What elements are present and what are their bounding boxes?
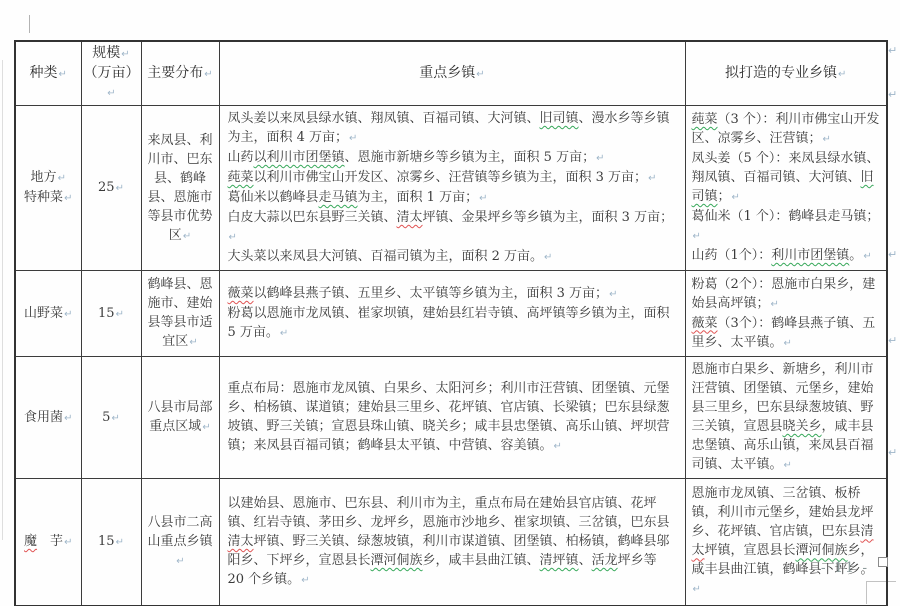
cell-type: 地方↵特种菜↵ [15,106,81,271]
margin-crop-mark-topleft [29,15,30,33]
cell-type: 山野菜↵ [15,271,81,357]
page-number: - 11 - [800,560,890,576]
vegetable-plan-table: 种类↵ 规模↵（万亩）↵ 主要分布↵ 重点乡镇↵ 拟打造的专业乡镇↵ 地方↵特种… [14,40,888,606]
cell-distribution: 来凤县、利川市、巴东县、鹤峰县、恩施市等县市优势区↵ [141,106,219,271]
header-row: 种类↵ 规模↵（万亩）↵ 主要分布↵ 重点乡镇↵ 拟打造的专业乡镇↵ [15,41,887,106]
cell-scale: 5↵ [81,357,141,479]
cell-planned-townships: 粉葛（2个）：恩施市白果乡，建始县高坪镇；↵薇菜（3个）：鹤峰县燕子镇、五里乡、… [685,271,887,357]
cell-scale: 15↵ [81,479,141,606]
cell-type: 魔 芋↵ [15,479,81,606]
cell-distribution: 八县市二高山重点乡镇↵ [141,479,219,606]
row-end-mark: ↵ [888,248,897,261]
table-row-local-specialty: 地方↵特种菜↵ 25↵ 来凤县、利川市、巴东县、鹤峰县、恩施市等县市优势区↵ 凤… [15,106,887,271]
row-end-mark: ↵ [888,334,897,347]
cell-distribution: 八县市局部重点区域↵ [141,357,219,479]
row-end-mark: ↵ [888,446,897,459]
cell-planned-townships: 恩施市白果乡、新塘乡，利川市汪营镇、团堡镇、元堡乡，建始县三里乡，巴东县绿葱坡镇… [685,357,887,479]
document-page: 种类↵ 规模↵（万亩）↵ 主要分布↵ 重点乡镇↵ 拟打造的专业乡镇↵ 地方↵特种… [0,0,900,606]
col-header-key-townships: 重点乡镇↵ [219,41,685,106]
cell-planned-townships: 莼菜（3 个）：利川市佛宝山开发区、凉雾乡、汪营镇；↵凤头姜（5 个）：来凤县绿… [685,106,887,271]
table-row-edible-fungi: 食用菌↵ 5↵ 八县市局部重点区域↵ 重点布局：恩施市龙凤镇、白果乡、太阳河乡；… [15,357,887,479]
row-end-mark: ↵ [888,88,897,101]
col-header-planned-townships: 拟打造的专业乡镇↵ [685,41,887,106]
cell-distribution: 鹤峰县、恩施市、建始县等县市适宜区↵ [141,271,219,357]
cell-scale: 15↵ [81,271,141,357]
table-row-konjac: 魔 芋↵ 15↵ 八县市二高山重点乡镇↵ 以建始县、恩施市、巴东县、利川市为主，… [15,479,887,606]
col-header-type: 种类↵ [15,41,81,106]
col-header-distribution: 主要分布↵ [141,41,219,106]
cell-key-townships: 以建始县、恩施市、巴东县、利川市为主，重点布局在建始县官店镇、花坪镇、红岩寺镇、… [219,479,685,606]
cell-key-townships: 凤头姜以来凤县绿水镇、翔凤镇、百福司镇、大河镇、旧司镇、漫水乡等乡镇为主，面积 … [219,106,685,271]
cell-scale: 25↵ [81,106,141,271]
cell-key-townships: 重点布局：恩施市龙凤镇、白果乡、太阳河乡；利川市汪营镇、团堡镇、元堡乡、柏杨镇、… [219,357,685,479]
cell-key-townships: 薇菜以鹤峰县燕子镇、五里乡、太平镇等乡镇为主，面积 3 万亩；↵粉葛以恩施市龙凤… [219,271,685,357]
table-row-wild-vegetables: 山野菜↵ 15↵ 鹤峰县、恩施市、建始县等县市适宜区↵ 薇菜以鹤峰县燕子镇、五里… [15,271,887,357]
scan-edge-line [2,60,3,540]
col-header-scale: 规模↵（万亩）↵ [81,41,141,106]
cell-planned-townships: 恩施市龙凤镇、三岔镇、板桥镇，利川市元堡乡，建始县龙坪乡、花坪镇、官店镇，巴东县… [685,479,887,606]
cell-type: 食用菌↵ [15,357,81,479]
row-end-mark: ↵ [888,44,897,57]
